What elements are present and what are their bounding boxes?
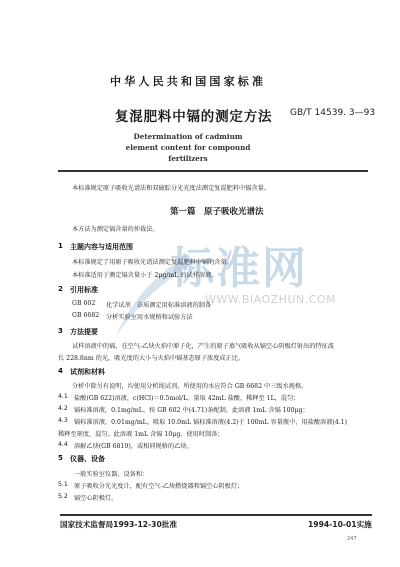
- part-intro: 本方法为测定镉含量的仲裁法。: [72, 224, 159, 233]
- reference-2-code: GB 6682: [72, 312, 99, 319]
- item-5-1-number: 5.1: [58, 481, 68, 488]
- standard-code: GB/T 14539. 3—93: [290, 108, 375, 118]
- section-2-number: 2: [58, 285, 63, 293]
- item-4-2-text: 镉标准溶液，0.1mg/mL。按 GB 602 中(4.71)条配制，此溶液 1…: [74, 405, 309, 414]
- section-3-line-1: 试样溶液中的镉，在空气-乙炔火焰中原子化，产生的原子蒸气吸收从镉空心阴极灯射出的…: [72, 341, 334, 350]
- section-1-paragraph-1: 本标准规定了用原子吸收光谱法测定复混肥料中镉的含量。: [72, 257, 233, 266]
- section-3-line-2: 长 228.8nm 的光，吸光度的大小与火焰中镉基态原子浓度成正比。: [58, 353, 244, 362]
- page-number: 247: [347, 536, 357, 542]
- item-4-1-number: 4.1: [58, 393, 68, 400]
- section-3-number: 3: [58, 327, 63, 335]
- reference-1-code: GB 602: [72, 300, 95, 307]
- item-4-3-number: 4.3: [58, 417, 68, 424]
- section-2-heading: 引用标准: [70, 285, 98, 295]
- document-title: 复混肥料中镉的测定方法: [115, 105, 272, 125]
- english-title-line-2: element content for compound: [120, 143, 256, 152]
- section-4-number: 4: [58, 367, 63, 375]
- item-5-2-text: 镉空心阴极灯。: [74, 493, 117, 502]
- section-5-number: 5: [58, 454, 63, 462]
- approval-date: 国家技术监督局1993-12-30批准: [60, 519, 177, 530]
- watermark-url: WWW.BIAOZHUN.COM: [205, 293, 336, 306]
- footer-divider: [60, 514, 372, 516]
- item-5-1-text: 原子吸收分光光度计，配有空气-乙炔燃烧器和镉空心阴极灯；: [74, 481, 243, 490]
- item-4-2-number: 4.2: [58, 405, 68, 412]
- section-3-heading: 方法提要: [70, 327, 98, 337]
- national-standard-label: 中华人民共和国国家标准: [110, 73, 266, 89]
- item-5-2-number: 5.2: [58, 493, 68, 500]
- item-4-3-text-line-1: 镉标准溶液，0.01mg/mL。吸取 10.0mL 镉标准溶液(4.2)于 10…: [74, 417, 347, 426]
- implementation-date: 1994-10-01实施: [308, 519, 372, 530]
- part-title: 第一篇 原子吸收光谱法: [170, 205, 264, 217]
- item-4-4-text: 溶解乙炔(GB 6819)，或相同规格的乙炔。: [74, 441, 193, 450]
- english-title-line-3: fertilizers: [120, 154, 256, 163]
- section-5-intro: 一般实验室仪器、设备和：: [74, 469, 148, 478]
- section-1-heading: 主题内容与适用范围: [70, 242, 133, 252]
- section-1-paragraph-2: 本标准适用于测定镉含量小于 2μg/mL 的试样溶液。: [72, 270, 217, 279]
- english-title-line-1: Determination of cadmium: [120, 132, 256, 141]
- intro-paragraph: 本标准规定原子吸收光谱法和双硫腙分光光度法测定复混肥料中镉含量。: [72, 183, 270, 192]
- item-4-1-text: 盐酸(GB 622)溶液，c(HCl)＝0.5mol/L。量取 42mL 盐酸，…: [74, 393, 299, 402]
- section-4-heading: 试剂和材料: [70, 367, 105, 377]
- section-5-heading: 仪器、设备: [70, 454, 105, 464]
- section-4-intro: 分析中除另有说明，均使用分析纯试剂，所使用的水应符合 GB 6682 中三级水规…: [72, 381, 307, 390]
- item-4-4-number: 4.4: [58, 441, 68, 448]
- reference-1-title: 化学试剂 杂质测定用标准溶液的制备: [106, 300, 211, 309]
- item-4-3-text-line-2: 稀释至刻度，混匀。此溶液 1mL 含镉 10μg，使用时制备；: [58, 429, 224, 438]
- section-1-number: 1: [58, 242, 63, 250]
- reference-2-title: 分析实验室用水规格和试验方法: [106, 312, 193, 321]
- header-divider: [58, 170, 368, 172]
